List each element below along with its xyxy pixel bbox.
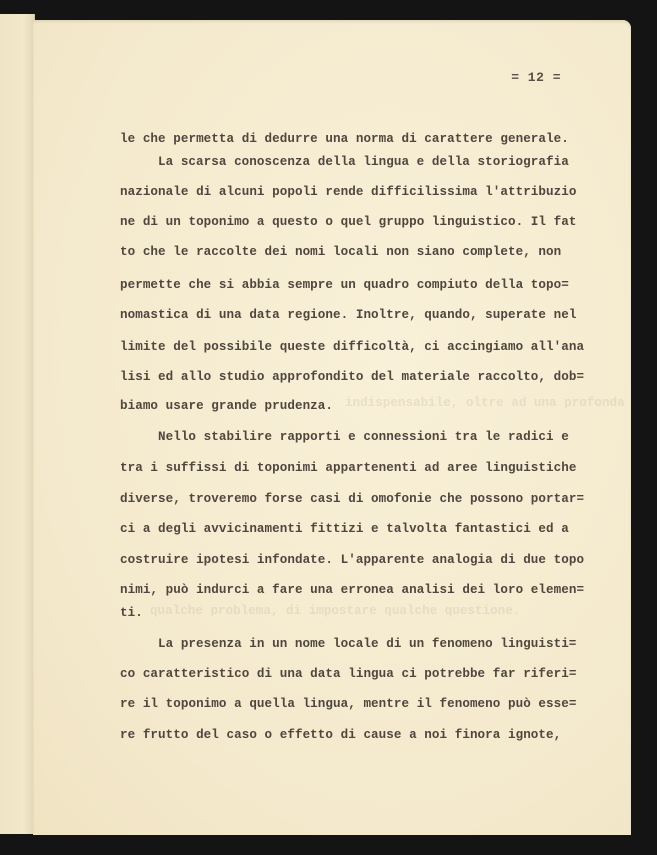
text-line: diverse, troveremo forse casi di omofoni… <box>120 492 584 506</box>
text-line: limite del possibile queste difficoltà, … <box>120 340 584 354</box>
text-line: nazionale di alcuni popoli rende diffici… <box>120 185 576 199</box>
text-line: tra i suffissi di toponimi appartenenti … <box>120 461 576 475</box>
text-line: ti. <box>120 606 143 620</box>
page-number: = 12 = <box>481 70 561 85</box>
text-line: nimi, può indurci a fare una erronea ana… <box>120 583 584 597</box>
text-line: re frutto del caso o effetto di cause a … <box>120 728 561 742</box>
text-line: lisi ed allo studio approfondito del mat… <box>120 370 584 384</box>
text-line: ci a degli avvicinamenti fittizi e talvo… <box>120 522 569 536</box>
text-line: permette che si abbia sempre un quadro c… <box>120 278 569 292</box>
text-line: biamo usare grande prudenza. <box>120 399 333 413</box>
text-line: nomastica di una data regione. Inoltre, … <box>120 308 576 322</box>
text-line: re il toponimo a quella lingua, mentre i… <box>120 697 576 711</box>
text-line: costruire ipotesi infondate. L'apparente… <box>120 553 584 567</box>
text-line: co caratteristico di una data lingua ci … <box>120 667 576 681</box>
bleed-through-text: qualche problema, di impostare qualche q… <box>150 604 520 618</box>
facing-page-edge <box>0 14 35 834</box>
text-line: le che permetta di dedurre una norma di … <box>120 132 569 146</box>
text-line: to che le raccolte dei nomi locali non s… <box>120 245 561 259</box>
text-line: La scarsa conoscenza della lingua e dell… <box>158 155 569 169</box>
text-line: La presenza in un nome locale di un feno… <box>158 637 576 651</box>
text-line: Nello stabilire rapporti e connessioni t… <box>158 430 569 444</box>
bleed-through-text: indispensabile, oltre ad una profonda <box>345 396 625 410</box>
text-line: ne di un toponimo a questo o quel gruppo… <box>120 215 576 229</box>
